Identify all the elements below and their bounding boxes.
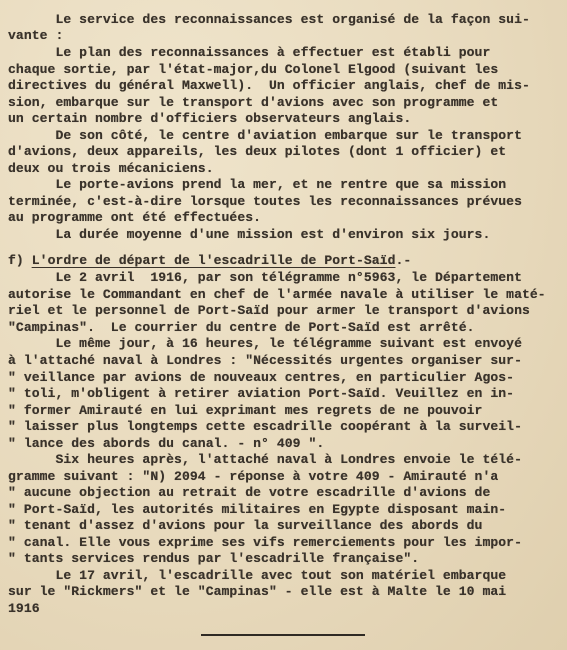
text-line: " tants services rendus par l'escadrille… <box>8 551 419 567</box>
text-line: directives du général Maxwell). Un offic… <box>8 78 530 94</box>
text-line: " toli, m'obligent à retirer aviation Po… <box>8 386 514 402</box>
text-line: " lance des abords du canal. - n° 409 ". <box>8 436 324 452</box>
text-line: " Port-Saïd, les autorités militaires en… <box>8 502 506 518</box>
text-line: à l'attaché naval à Londres : "Nécessité… <box>8 353 522 369</box>
section-title: L'ordre de départ de l'escadrille de Por… <box>32 253 396 268</box>
text-line: Six heures après, l'attaché naval à Lond… <box>8 452 522 468</box>
text-line: Le 17 avril, l'escadrille avec tout son … <box>8 568 506 584</box>
text-line: riel et le personnel de Port-Saïd pour a… <box>8 303 530 319</box>
section-heading: f) L'ordre de départ de l'escadrille de … <box>8 253 411 269</box>
text-line: Le porte-avions prend la mer, et ne rent… <box>8 177 506 193</box>
text-line: 1916 <box>8 601 40 617</box>
text-line: un certain nombre d'officiers observateu… <box>8 111 411 127</box>
text-line: deux ou trois mécaniciens. <box>8 161 214 177</box>
text-line: Le même jour, à 16 heures, le télégramme… <box>8 336 522 352</box>
text-line: " laisser plus longtemps cette escadrill… <box>8 419 522 435</box>
text-line: La durée moyenne d'une mission est d'env… <box>8 227 490 243</box>
text-line: " canal. Elle vous exprime ses vifs reme… <box>8 535 522 551</box>
typewritten-page: Le service des reconnaissances est organ… <box>0 0 567 650</box>
text-line: autorise le Commandant en chef de l'armé… <box>8 287 546 303</box>
text-line: chaque sortie, par l'état-major,du Colon… <box>8 62 498 78</box>
text-line: "Campinas". Le courrier du centre de Por… <box>8 320 475 336</box>
text-line: " veillance par avions de nouveaux centr… <box>8 370 514 386</box>
text-line: au programme ont été effectuées. <box>8 210 261 226</box>
closing-rule <box>201 634 365 636</box>
text-line: Le plan des reconnaissances à effectuer … <box>8 45 490 61</box>
text-line: gramme suivant : "N) 2094 - réponse à vo… <box>8 469 498 485</box>
text-line: d'avions, deux appareils, les deux pilot… <box>8 144 506 160</box>
section-label: f) <box>8 253 24 268</box>
text-line: Le service des reconnaissances est organ… <box>8 12 530 28</box>
text-line: " tenant d'assez d'avions pour la survei… <box>8 518 482 534</box>
text-line: De son côté, le centre d'aviation embarq… <box>8 128 522 144</box>
text-line: terminée, c'est-à-dire lorsque toutes le… <box>8 194 522 210</box>
text-line: vante : <box>8 28 63 44</box>
text-line: sur le "Rickmers" et le "Campinas" - ell… <box>8 584 506 600</box>
section-suffix: .- <box>396 253 412 268</box>
text-line: " former Amirauté en lui exprimant mes r… <box>8 403 482 419</box>
text-line: " aucune objection au retrait de votre e… <box>8 485 490 501</box>
text-line: sion, embarque sur le transport d'avions… <box>8 95 498 111</box>
text-line: Le 2 avril 1916, par son télégramme n°59… <box>8 270 522 286</box>
